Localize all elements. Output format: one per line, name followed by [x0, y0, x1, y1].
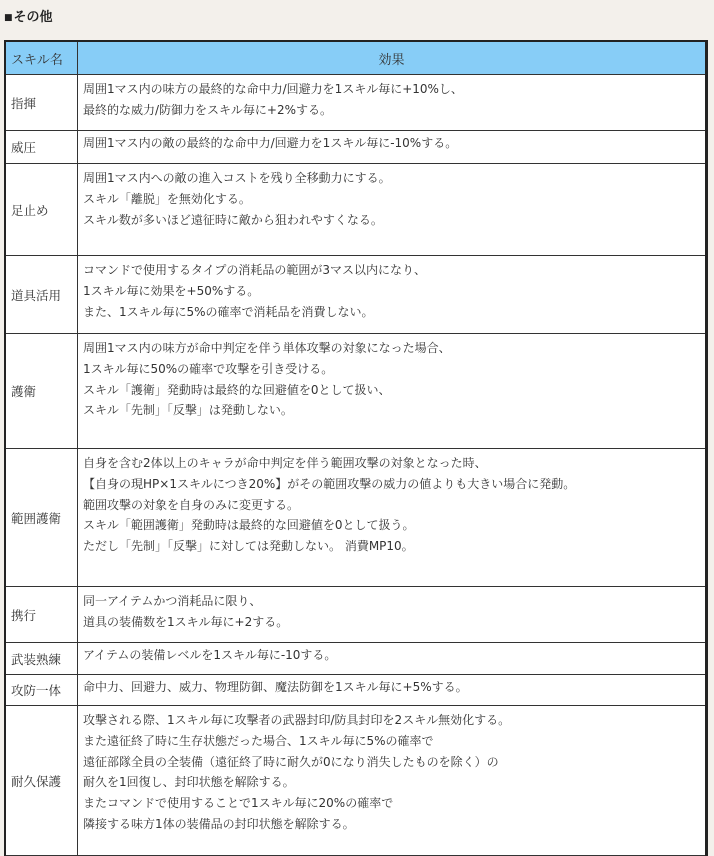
- skill-effect: 周囲1マス内の味方が命中判定を伴う単体攻撃の対象になった場合、 1スキル毎に50…: [78, 334, 707, 449]
- section-title-text: その他: [14, 10, 53, 25]
- effect-line: 攻撃される際、1スキル毎に攻撃者の武器封印/防具封印を2スキル無効化する。: [83, 710, 705, 731]
- effect-line: コマンドで使用するタイプの消耗品の範囲が3マス以内になり、: [83, 260, 705, 281]
- effect-line: 範囲攻撃の対象を自身のみに変更する。: [83, 495, 705, 516]
- skill-effect: 周囲1マス内の味方の最終的な命中力/回避力を1スキル毎に+10%し、 最終的な威…: [78, 75, 707, 131]
- table-row: 武装熟練 アイテムの装備レベルを1スキル毎に-10する。: [5, 643, 707, 675]
- effect-line: 1スキル毎に効果を+50%する。: [83, 281, 705, 302]
- effect-line: 周囲1マス内の味方の最終的な命中力/回避力を1スキル毎に+10%し、: [83, 79, 705, 100]
- skill-effect: 周囲1マス内への敵の進入コストを残り全移動力にする。 スキル「離脱」を無効化する…: [78, 164, 707, 256]
- square-bullet-icon: ■: [4, 13, 13, 23]
- skill-effect: 攻撃される際、1スキル毎に攻撃者の武器封印/防具封印を2スキル無効化する。 また…: [78, 706, 707, 853]
- effect-line: スキル「護衛」発動時は最終的な回避値を0として扱い、: [83, 380, 705, 401]
- table-row: 足止め 周囲1マス内への敵の進入コストを残り全移動力にする。 スキル「離脱」を無…: [5, 164, 707, 256]
- effect-line: 自身を含む2体以上のキャラが命中判定を伴う範囲攻撃の対象となった時、: [83, 453, 705, 474]
- effect-line: 隣接する味方1体の装備品の封印状態を解除する。: [83, 814, 705, 835]
- effect-line: 1スキル毎に50%の確率で攻撃を引き受ける。: [83, 359, 705, 380]
- effect-line: 周囲1マス内への敵の進入コストを残り全移動力にする。: [83, 168, 705, 189]
- effect-line: スキル「離脱」を無効化する。: [83, 189, 705, 210]
- effect-line: 【自身の現HP×1スキルにつき20%】がその範囲攻撃の威力の値よりも大きい場合に…: [83, 474, 705, 495]
- table-row: 攻防一体 命中力、回避力、威力、物理防御、魔法防御を1スキル毎に+5%する。: [5, 675, 707, 706]
- skill-effect: 同一アイテムかつ消耗品に限り、 道具の装備数を1スキル毎に+2する。: [78, 587, 707, 643]
- effect-line: またコマンドで使用することで1スキル毎に20%の確率で: [83, 793, 705, 814]
- skill-name: 武装熟練: [5, 643, 78, 675]
- effect-line: 最終的な威力/防御力をスキル毎に+2%する。: [83, 100, 705, 121]
- skill-name: 威圧: [5, 131, 78, 164]
- skill-name: 指揮: [5, 75, 78, 131]
- skill-name: 携行: [5, 587, 78, 643]
- effect-line: 遠征部隊全員の全装備（遠征終了時に耐久が0になり消失したものを除く）の: [83, 752, 705, 773]
- table-row: 威圧 周囲1マス内の敵の最終的な命中力/回避力を1スキル毎に-10%する。: [5, 131, 707, 164]
- effect-line: アイテムの装備レベルを1スキル毎に-10する。: [83, 645, 705, 666]
- effect-line: また、1スキル毎に5%の確率で消耗品を消費しない。: [83, 302, 705, 323]
- effect-line: 耐久を1回復し、封印状態を解除する。: [83, 772, 705, 793]
- effect-line: 命中力、回避力、威力、物理防御、魔法防御を1スキル毎に+5%する。: [83, 677, 705, 698]
- table-row: 指揮 周囲1マス内の味方の最終的な命中力/回避力を1スキル毎に+10%し、 最終…: [5, 75, 707, 131]
- skills-table: スキル名 効果 指揮 周囲1マス内の味方の最終的な命中力/回避力を1スキル毎に+…: [4, 40, 708, 852]
- skill-effect: 命中力、回避力、威力、物理防御、魔法防御を1スキル毎に+5%する。: [78, 675, 707, 706]
- effect-line: 道具の装備数を1スキル毎に+2する。: [83, 612, 705, 633]
- skill-name: 耐久保護: [5, 706, 78, 853]
- skill-effect: アイテムの装備レベルを1スキル毎に-10する。: [78, 643, 707, 675]
- skill-name: 道具活用: [5, 256, 78, 334]
- table-row: 携行 同一アイテムかつ消耗品に限り、 道具の装備数を1スキル毎に+2する。: [5, 587, 707, 643]
- skill-name: 範囲護衛: [5, 449, 78, 587]
- skill-name: 護衛: [5, 334, 78, 449]
- effect-line: また遠征終了時に生存状態だった場合、1スキル毎に5%の確率で: [83, 731, 705, 752]
- table-row: 道具活用 コマンドで使用するタイプの消耗品の範囲が3マス以内になり、 1スキル毎…: [5, 256, 707, 334]
- column-header-skill-name: スキル名: [5, 41, 78, 75]
- skill-name: 足止め: [5, 164, 78, 256]
- table-row: 耐久保護 攻撃される際、1スキル毎に攻撃者の武器封印/防具封印を2スキル無効化す…: [5, 706, 707, 853]
- effect-line: スキル「先制」「反撃」は発動しない。: [83, 400, 705, 421]
- effect-line: スキル数が多いほど遠征時に敵から狙われやすくなる。: [83, 210, 705, 231]
- table-row: 範囲護衛 自身を含む2体以上のキャラが命中判定を伴う範囲攻撃の対象となった時、 …: [5, 449, 707, 587]
- table-row: 護衛 周囲1マス内の味方が命中判定を伴う単体攻撃の対象になった場合、 1スキル毎…: [5, 334, 707, 449]
- effect-line: 同一アイテムかつ消耗品に限り、: [83, 591, 705, 612]
- effect-line: スキル「範囲護衛」発動時は最終的な回避値を0として扱う。: [83, 515, 705, 536]
- section-title: ■その他: [4, 6, 53, 25]
- skill-effect: コマンドで使用するタイプの消耗品の範囲が3マス以内になり、 1スキル毎に効果を+…: [78, 256, 707, 334]
- effect-line: 周囲1マス内の敵の最終的な命中力/回避力を1スキル毎に-10%する。: [83, 133, 705, 154]
- table-header-row: スキル名 効果: [5, 41, 707, 75]
- column-header-effect: 効果: [78, 41, 707, 75]
- effect-line: 周囲1マス内の味方が命中判定を伴う単体攻撃の対象になった場合、: [83, 338, 705, 359]
- skill-name: 攻防一体: [5, 675, 78, 706]
- effect-line: ただし「先制」「反撃」に対しては発動しない。 消費MP10。: [83, 536, 705, 557]
- skill-effect: 自身を含む2体以上のキャラが命中判定を伴う範囲攻撃の対象となった時、 【自身の現…: [78, 449, 707, 587]
- skill-effect: 周囲1マス内の敵の最終的な命中力/回避力を1スキル毎に-10%する。: [78, 131, 707, 164]
